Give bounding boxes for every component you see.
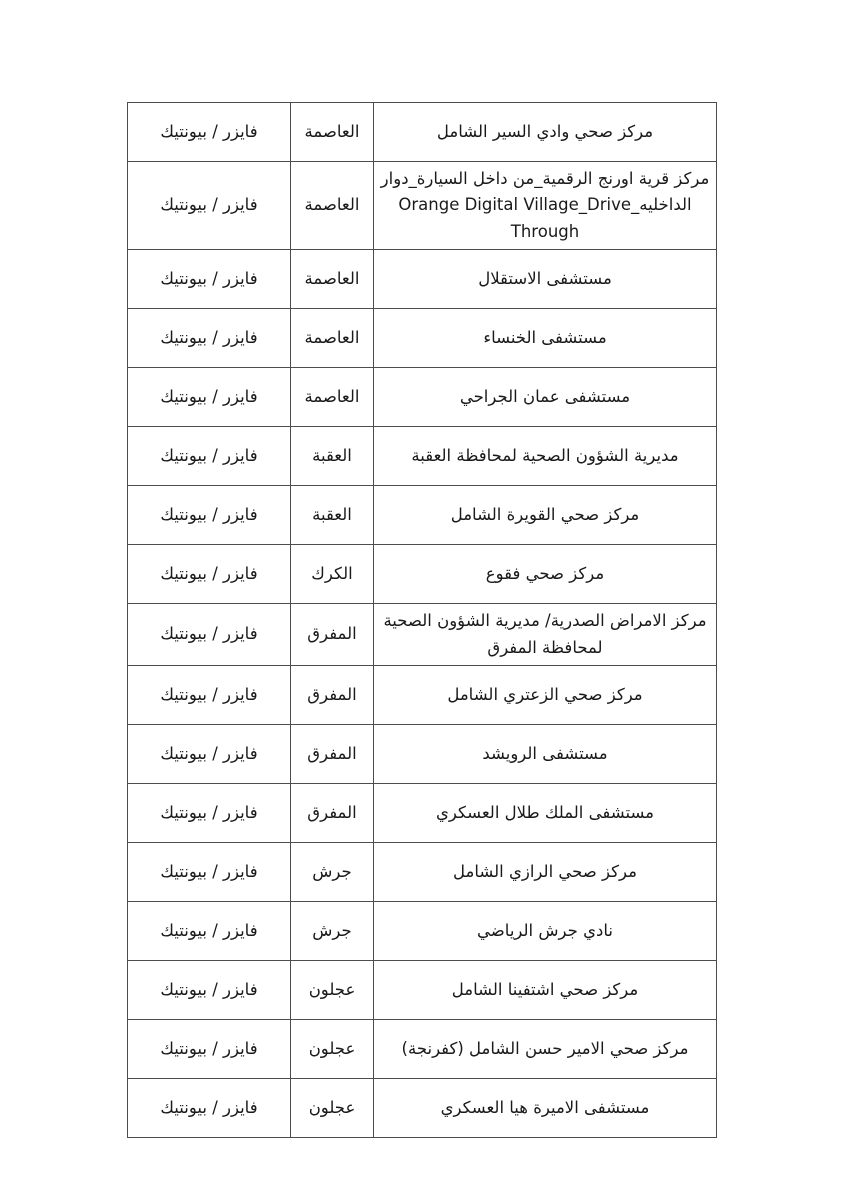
- table-row: مركز صحي الرازي الشاملجرشفايزر / بيونتيك: [128, 842, 717, 901]
- table-row: مركز صحي الامير حسن الشامل (كفرنجة)عجلون…: [128, 1019, 717, 1078]
- vaccine-cell: فايزر / بيونتيك: [128, 604, 291, 666]
- vaccine-cell: فايزر / بيونتيك: [128, 250, 291, 309]
- table-row: مستشفى عمان الجراحيالعاصمةفايزر / بيونتي…: [128, 368, 717, 427]
- table-row: مركز الامراض الصدرية/ مديرية الشؤون الصح…: [128, 604, 717, 666]
- governorate-cell: المفرق: [291, 665, 374, 724]
- table-row: مستشفى الملك طلال العسكريالمفرقفايزر / ب…: [128, 783, 717, 842]
- vaccination-centers-table: مركز صحي وادي السير الشاملالعاصمةفايزر /…: [127, 102, 717, 1138]
- governorate-cell: المفرق: [291, 783, 374, 842]
- center-name-cell: مركز صحي وادي السير الشامل: [374, 103, 717, 162]
- center-name-cell: مركز صحي فقوع: [374, 545, 717, 604]
- governorate-cell: عجلون: [291, 1019, 374, 1078]
- governorate-cell: العاصمة: [291, 250, 374, 309]
- vaccine-cell: فايزر / بيونتيك: [128, 545, 291, 604]
- center-name-cell: مستشفى عمان الجراحي: [374, 368, 717, 427]
- center-name-cell: مستشفى الاميرة هيا العسكري: [374, 1078, 717, 1137]
- table-row: مستشفى الاستقلالالعاصمةفايزر / بيونتيك: [128, 250, 717, 309]
- table-row: مركز قرية اورنج الرقمية_من داخل السيارة_…: [128, 162, 717, 250]
- governorate-cell: العاصمة: [291, 103, 374, 162]
- center-name-cell: مركز صحي الزعتري الشامل: [374, 665, 717, 724]
- vaccine-cell: فايزر / بيونتيك: [128, 309, 291, 368]
- table-row: نادي جرش الرياضيجرشفايزر / بيونتيك: [128, 901, 717, 960]
- governorate-cell: العاصمة: [291, 309, 374, 368]
- governorate-cell: المفرق: [291, 724, 374, 783]
- table-row: مركز صحي فقوعالكركفايزر / بيونتيك: [128, 545, 717, 604]
- center-name-cell: مركز صحي اشتفينا الشامل: [374, 960, 717, 1019]
- governorate-cell: العاصمة: [291, 368, 374, 427]
- table-row: مركز صحي وادي السير الشاملالعاصمةفايزر /…: [128, 103, 717, 162]
- table-row: مستشفى الرويشدالمفرقفايزر / بيونتيك: [128, 724, 717, 783]
- table-row: مركز صحي القويرة الشاملالعقبةفايزر / بيو…: [128, 486, 717, 545]
- vaccine-cell: فايزر / بيونتيك: [128, 901, 291, 960]
- governorate-cell: العقبة: [291, 427, 374, 486]
- center-name-cell: مستشفى الملك طلال العسكري: [374, 783, 717, 842]
- vaccine-cell: فايزر / بيونتيك: [128, 1078, 291, 1137]
- center-name-cell: مركز الامراض الصدرية/ مديرية الشؤون الصح…: [374, 604, 717, 666]
- center-name-cell: مستشفى الرويشد: [374, 724, 717, 783]
- vaccine-cell: فايزر / بيونتيك: [128, 960, 291, 1019]
- vaccine-cell: فايزر / بيونتيك: [128, 1019, 291, 1078]
- center-name-cell: مديرية الشؤون الصحية لمحافظة العقبة: [374, 427, 717, 486]
- vaccine-cell: فايزر / بيونتيك: [128, 486, 291, 545]
- vaccine-cell: فايزر / بيونتيك: [128, 842, 291, 901]
- vaccine-cell: فايزر / بيونتيك: [128, 427, 291, 486]
- document-page: مركز صحي وادي السير الشاملالعاصمةفايزر /…: [0, 0, 850, 1193]
- table-body: مركز صحي وادي السير الشاملالعاصمةفايزر /…: [128, 103, 717, 1138]
- center-name-cell: مستشفى الخنساء: [374, 309, 717, 368]
- governorate-cell: الكرك: [291, 545, 374, 604]
- center-name-cell: مركز صحي الامير حسن الشامل (كفرنجة): [374, 1019, 717, 1078]
- center-name-cell: مركز صحي القويرة الشامل: [374, 486, 717, 545]
- governorate-cell: عجلون: [291, 1078, 374, 1137]
- table-row: مديرية الشؤون الصحية لمحافظة العقبةالعقب…: [128, 427, 717, 486]
- table-row: مستشفى الاميرة هيا العسكريعجلونفايزر / ب…: [128, 1078, 717, 1137]
- vaccine-cell: فايزر / بيونتيك: [128, 665, 291, 724]
- table-row: مركز صحي اشتفينا الشاملعجلونفايزر / بيون…: [128, 960, 717, 1019]
- center-name-cell: مستشفى الاستقلال: [374, 250, 717, 309]
- vaccine-cell: فايزر / بيونتيك: [128, 724, 291, 783]
- center-name-cell: نادي جرش الرياضي: [374, 901, 717, 960]
- table-row: مستشفى الخنساءالعاصمةفايزر / بيونتيك: [128, 309, 717, 368]
- governorate-cell: العاصمة: [291, 162, 374, 250]
- center-name-cell: مركز صحي الرازي الشامل: [374, 842, 717, 901]
- governorate-cell: جرش: [291, 842, 374, 901]
- governorate-cell: العقبة: [291, 486, 374, 545]
- table-row: مركز صحي الزعتري الشاملالمفرقفايزر / بيو…: [128, 665, 717, 724]
- vaccine-cell: فايزر / بيونتيك: [128, 368, 291, 427]
- vaccine-cell: فايزر / بيونتيك: [128, 103, 291, 162]
- center-name-cell: مركز قرية اورنج الرقمية_من داخل السيارة_…: [374, 162, 717, 250]
- governorate-cell: عجلون: [291, 960, 374, 1019]
- governorate-cell: المفرق: [291, 604, 374, 666]
- governorate-cell: جرش: [291, 901, 374, 960]
- vaccine-cell: فايزر / بيونتيك: [128, 162, 291, 250]
- vaccine-cell: فايزر / بيونتيك: [128, 783, 291, 842]
